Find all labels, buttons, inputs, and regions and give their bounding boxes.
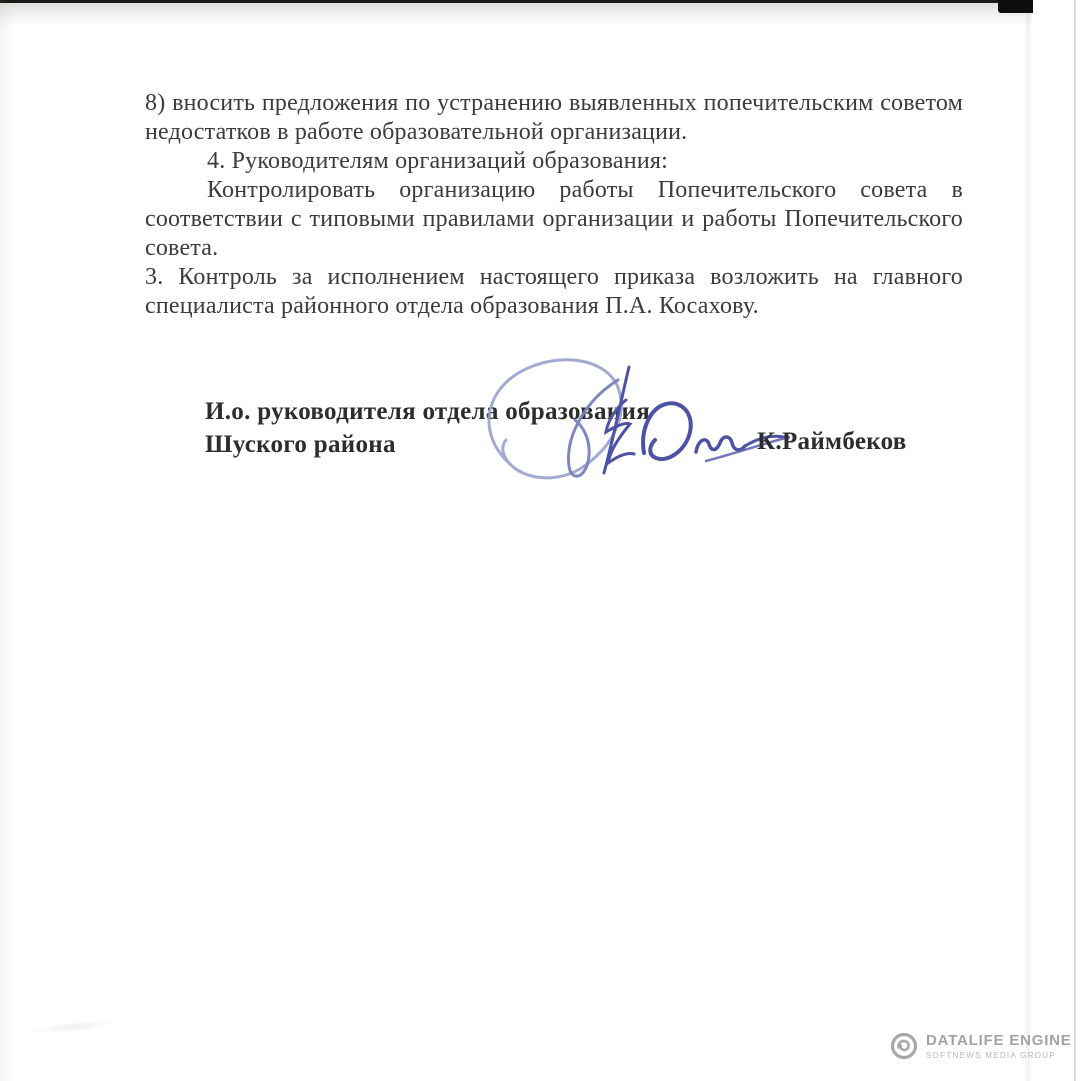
- datalife-engine-logo-icon: [889, 1031, 919, 1061]
- handwritten-signature: [468, 340, 790, 498]
- paragraph-subitem-8: 8) вносить предложения по устранению выя…: [145, 89, 963, 147]
- document-text-block: 8) вносить предложения по устранению выя…: [145, 89, 963, 321]
- paragraph-item-3: 3. Контроль за исполнением настоящего пр…: [145, 263, 963, 321]
- watermark-subtitle: SOFTNEWS MEDIA GROUP: [926, 1051, 1072, 1060]
- scan-artifact-speck: [28, 1017, 119, 1036]
- watermark-title: DATALIFE ENGINE: [926, 1032, 1072, 1049]
- scan-page-right-edge: [1024, 10, 1032, 1081]
- scanned-document-page: 8) вносить предложения по устранению выя…: [0, 0, 1080, 1081]
- paragraph-item-4-body: Контролировать организацию работы Попечи…: [145, 176, 963, 263]
- signer-name: К.Раймбеков: [757, 428, 907, 456]
- paragraph-item-4-heading: 4. Руководителям организаций образования…: [145, 147, 963, 176]
- datalife-engine-watermark: DATALIFE ENGINE SOFTNEWS MEDIA GROUP: [889, 1031, 1072, 1061]
- scan-outer-right-line: [1074, 0, 1076, 1081]
- watermark-text: DATALIFE ENGINE SOFTNEWS MEDIA GROUP: [926, 1032, 1072, 1060]
- scan-edge-top-shadow: [0, 3, 1032, 27]
- scan-edge-left-shadow: [0, 0, 12, 1081]
